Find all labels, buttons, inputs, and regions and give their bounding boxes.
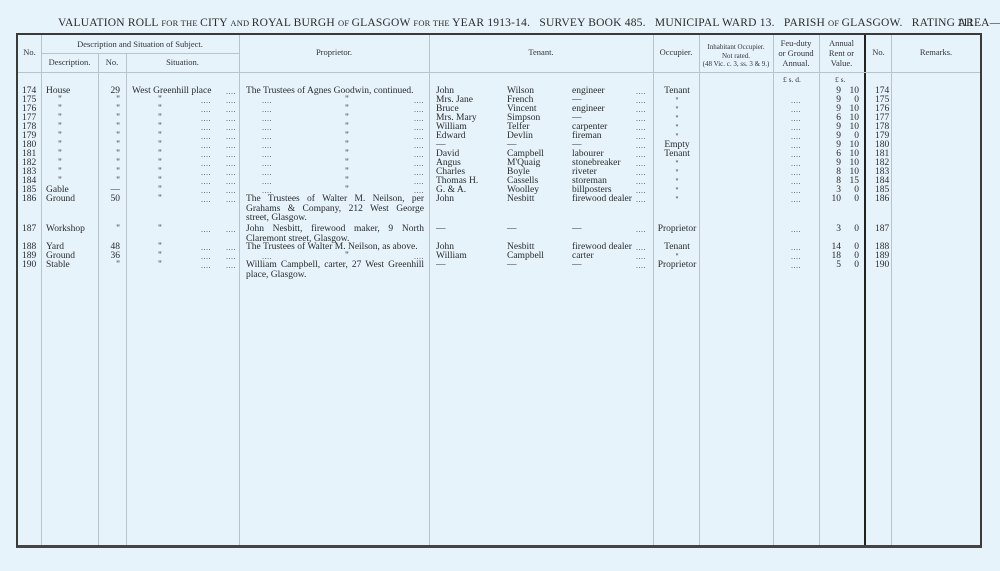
entry-number-right: 186 (875, 195, 889, 205)
title-fragment: OF (338, 18, 352, 28)
title-fragment: FOR THE (413, 18, 452, 28)
situation-dots-2: .... (226, 225, 236, 235)
feu-line: or Ground (773, 48, 819, 58)
tenant-dots: .... (636, 225, 646, 235)
title-fragment: CITY (200, 17, 230, 29)
valuation-table: No. Description and Situation of Subject… (16, 33, 982, 548)
title-fragment: ROYAL BURGH (252, 17, 338, 29)
situation: West Greenhill place (132, 87, 211, 97)
entry-number-right: 187 (875, 225, 889, 235)
tenant-dots: .... (636, 195, 646, 205)
tenant-occupation: — (572, 261, 582, 271)
situation-dots: .... (201, 195, 211, 205)
situation: " (158, 195, 162, 205)
tenant-first-name: — (436, 261, 446, 271)
col-header-no: No. (18, 47, 41, 58)
tenant-surname: Nesbitt (507, 195, 534, 205)
rule (41, 35, 42, 545)
col-header-remarks: Remarks. (891, 47, 981, 58)
page-number: 111 (957, 17, 974, 29)
feu-units: £ s. d. (783, 75, 801, 84)
rule (239, 35, 240, 545)
rule (41, 53, 239, 54)
thick-rule (864, 35, 866, 545)
tenant-occupation: firewood dealer (572, 195, 632, 205)
header-rule (18, 72, 980, 73)
annual-line: Annual (819, 38, 864, 48)
situation-dots: .... (201, 261, 211, 271)
annual-shillings: 0 (841, 261, 859, 271)
description: Ground (46, 195, 75, 205)
title-fragment: VALUATION ROLL (58, 17, 161, 29)
col-header-no-right: No. (866, 47, 891, 58)
title-fragment: YEAR 1913-14. SURVEY BOOK 485. MUNICIPAL… (452, 17, 828, 29)
description: Workshop (46, 225, 85, 235)
annual-shillings: 0 (841, 225, 859, 235)
tenant-surname: — (507, 225, 517, 235)
rule (126, 53, 127, 545)
col-header-inhabitant: Inhabitant Occupier. Not rated. (48 Vic.… (699, 43, 773, 69)
inhabitant-line: Not rated. (699, 52, 773, 61)
rule (891, 35, 892, 545)
title-fragment: FOR THE (161, 18, 200, 28)
col-header-annual-value: Annual Rent or Value. (819, 38, 864, 68)
tenant-first-name: — (436, 225, 446, 235)
feu-duty: .... (773, 261, 819, 271)
description: Stable (46, 261, 70, 271)
street-number: " (98, 261, 120, 271)
title-fragment: OF (828, 18, 842, 28)
entry-number: 186 (22, 195, 36, 205)
tenant-first-name: John (436, 195, 454, 205)
street-number: 50 (98, 195, 120, 205)
annual-pounds: 5 (819, 261, 841, 271)
occupier: Proprietor (653, 261, 701, 271)
col-header-street-no: No. (98, 57, 126, 68)
annual-line: Rent or (819, 48, 864, 58)
col-header-feu-duty: Feu-duty or Ground Annual. (773, 38, 819, 68)
rule (429, 35, 430, 545)
inhabitant-line: (48 Vic. c. 3, ss. 3 & 9.) (699, 60, 773, 69)
situation: " (158, 261, 162, 271)
title-fragment: GLASGOW. RATING AREA—GLASGOW. (842, 17, 1000, 29)
annual-pounds: 10 (819, 195, 841, 205)
col-header-description: Description. (41, 57, 98, 68)
entry-number-right: 190 (875, 261, 889, 271)
street-number: " (98, 225, 120, 235)
situation-dots-2: .... (226, 261, 236, 271)
col-header-situation: Situation. (126, 57, 239, 68)
feu-line: Annual. (773, 58, 819, 68)
situation-dots: .... (201, 225, 211, 235)
roll-title: VALUATION ROLL FOR THE CITY AND ROYAL BU… (58, 17, 1000, 29)
feu-duty: .... (773, 225, 819, 235)
entry-number: 190 (22, 261, 36, 271)
col-header-tenant: Tenant. (429, 47, 653, 58)
title-fragment: GLASGOW (352, 17, 414, 29)
annual-shillings: 0 (841, 195, 859, 205)
proprietor: William Campbell, carter, 27 West Greenh… (246, 261, 424, 280)
annual-pounds: 3 (819, 225, 841, 235)
occupier: Proprietor (653, 225, 701, 235)
annual-line: Value. (819, 58, 864, 68)
inhabitant-line: Inhabitant Occupier. (699, 43, 773, 52)
col-header-proprietor: Proprietor. (239, 47, 429, 58)
annual-units: £ s. (835, 75, 845, 84)
proprietor: The Trustees of Walter M. Neilson, per G… (246, 195, 424, 224)
feu-line: Feu-duty (773, 38, 819, 48)
tenant-dots: .... (636, 261, 646, 271)
tenant-occupation: — (572, 225, 582, 235)
tenant-surname: — (507, 261, 517, 271)
feu-duty: .... (773, 195, 819, 205)
col-header-description-group: Description and Situation of Subject. (41, 39, 239, 50)
title-fragment: AND (230, 18, 251, 28)
situation: " (158, 225, 162, 235)
occupier: " (653, 195, 701, 205)
col-header-occupier: Occupier. (653, 47, 699, 58)
situation-dots-2: .... (226, 195, 236, 205)
page-title: VALUATION ROLL FOR THE CITY AND ROYAL BU… (58, 17, 980, 29)
entry-number: 187 (22, 225, 36, 235)
